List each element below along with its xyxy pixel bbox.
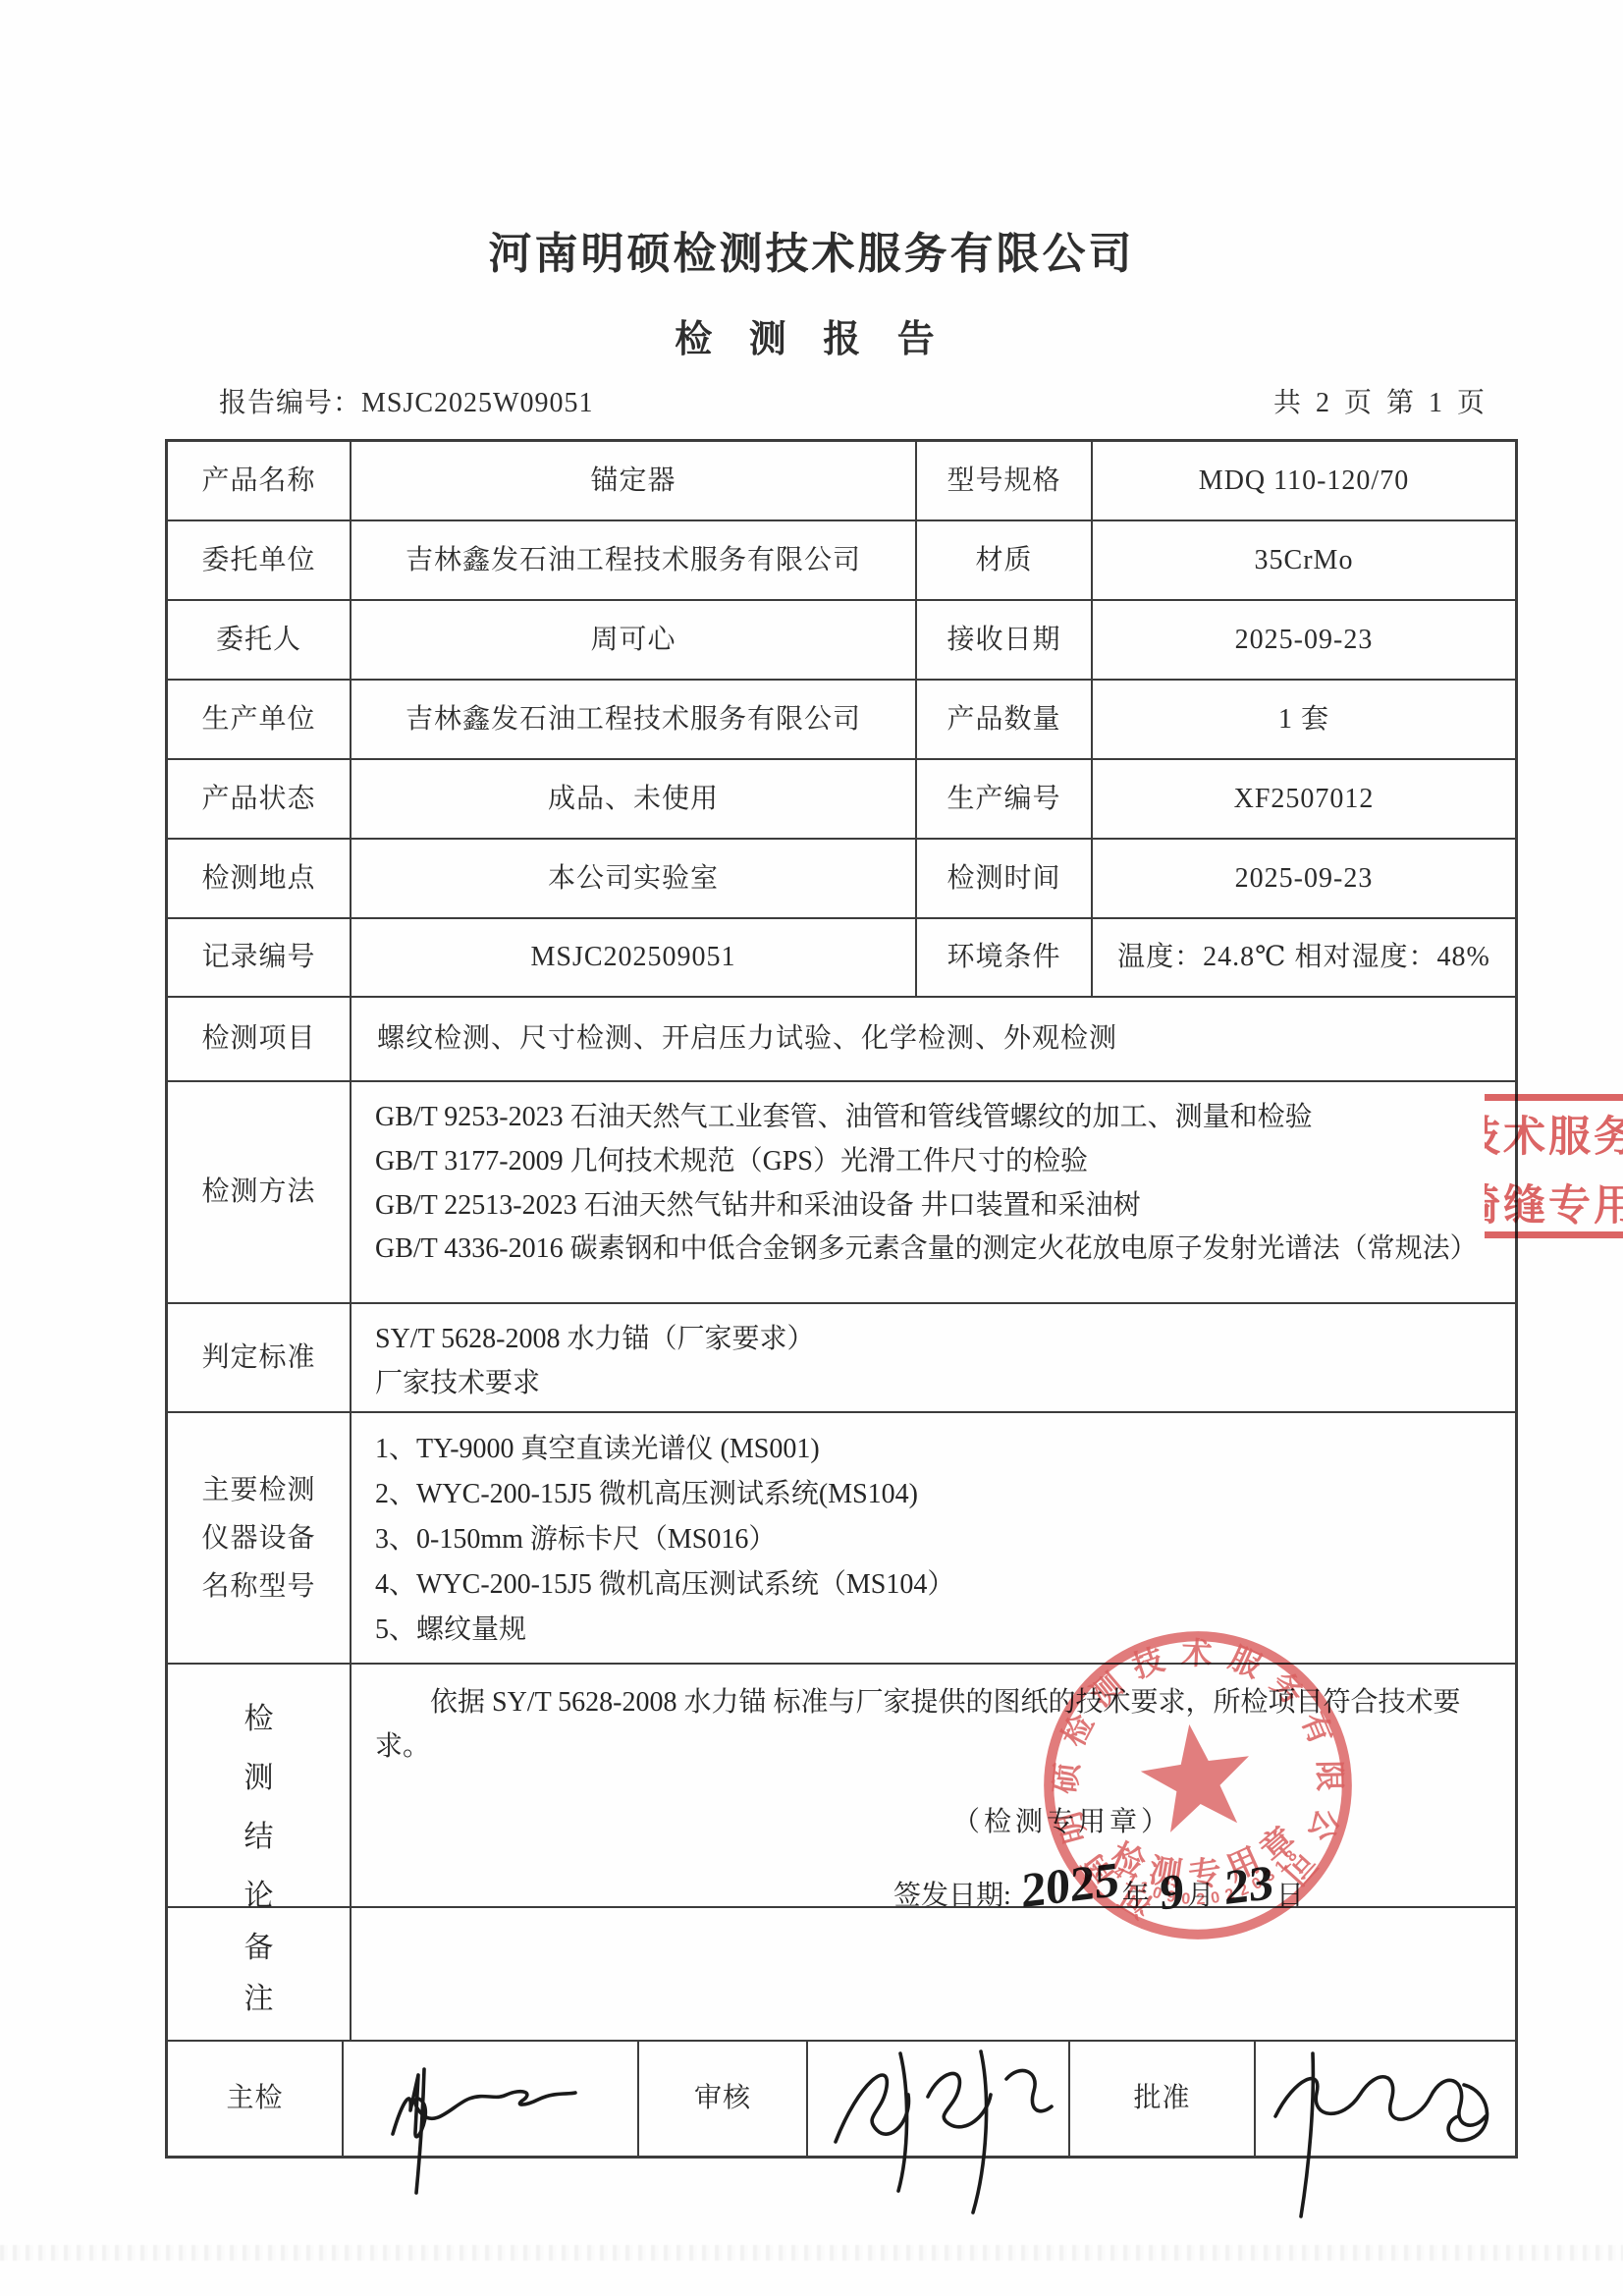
row-label: 主要检测 仪器设备 名称型号 (168, 1413, 352, 1663)
method-line: GB/T 3177-2009 几何技术规范（GPS）光滑工件尺寸的检验 (375, 1140, 1489, 1184)
edge-seal-top-bar (1485, 1094, 1623, 1101)
equipment-line: 4、WYC-200-15J5 微机高压测试系统（MS104） (375, 1562, 1489, 1608)
criteria-list: SY/T 5628-2008 水力锚（厂家要求） 厂家技术要求 (352, 1304, 1515, 1411)
year-suffix: 年 (1122, 1881, 1150, 1911)
chief-inspector-label: 主检 (168, 2042, 344, 2156)
row-label: 产品数量 (917, 681, 1093, 758)
edge-paging-seal: 技术服务 骑缝专用 (1485, 1086, 1623, 1248)
scan-noise-band (0, 2245, 1623, 2261)
equipment-label-line: 名称型号 (201, 1562, 315, 1611)
reviewer-signature (818, 2026, 1063, 2222)
chief-inspector-signature-cell (344, 2042, 639, 2156)
remark-label-char: 备 (244, 1923, 274, 1974)
row-label: 记录编号 (168, 919, 352, 996)
method-line: GB/T 22513-2023 石油天然气钻井和采油设备 井口装置和采油树 (375, 1184, 1489, 1229)
items-value: 螺纹检测、尺寸检测、开启压力试验、化学检测、外观检测 (352, 998, 1515, 1080)
row-value: 周可心 (352, 601, 917, 679)
approver-signature-cell (1256, 2042, 1515, 2156)
row-label: 判定标准 (168, 1304, 352, 1411)
row-value: 1 套 (1093, 681, 1515, 758)
row-label: 环境条件 (917, 919, 1093, 996)
equipment-list: 1、TY-9000 真空直读光谱仪 (MS001) 2、WYC-200-15J5… (352, 1413, 1515, 1663)
row-label: 检测项目 (168, 998, 352, 1080)
row-label: 检测时间 (917, 840, 1093, 917)
row-value: MSJC202509051 (352, 919, 917, 996)
table-row-signatures: 主检 审核 批准 (168, 2042, 1515, 2156)
row-value: 温度：24.8℃ 相对湿度：48% (1093, 919, 1515, 996)
row-label: 生产编号 (917, 760, 1093, 838)
row-label: 型号规格 (917, 442, 1093, 519)
edge-seal-line1: 技术服务 (1485, 1104, 1623, 1164)
row-label: 产品状态 (168, 760, 352, 838)
conclusion-label-char: 测 (244, 1749, 274, 1808)
table-row: 产品状态 成品、未使用 生产编号 XF2507012 (168, 760, 1515, 840)
table-row: 记录编号 MSJC202509051 环境条件 温度：24.8℃ 相对湿度：48… (168, 919, 1515, 998)
equipment-label-line: 仪器设备 (201, 1514, 315, 1562)
row-label: 检测方法 (168, 1082, 352, 1302)
conclusion-label: 检 测 结 论 (168, 1665, 352, 1906)
table-row-methods: 检测方法 GB/T 9253-2023 石油天然气工业套管、油管和管线管螺纹的加… (168, 1082, 1515, 1304)
equipment-label-line: 主要检测 (201, 1466, 315, 1514)
row-label: 接收日期 (917, 601, 1093, 679)
approver-label: 批准 (1070, 2042, 1256, 2156)
row-label: 材质 (917, 521, 1093, 599)
equipment-line: 5、螺纹量规 (375, 1608, 1489, 1653)
edge-seal-bottom-bar (1485, 1231, 1623, 1238)
table-row-items: 检测项目 螺纹检测、尺寸检测、开启压力试验、化学检测、外观检测 (168, 998, 1515, 1082)
table-row: 产品名称 锚定器 型号规格 MDQ 110-120/70 (168, 442, 1515, 521)
reviewer-label: 审核 (639, 2042, 808, 2156)
method-line: GB/T 9253-2023 石油天然气工业套管、油管和管线管螺纹的加工、测量和… (375, 1096, 1489, 1140)
row-label: 委托人 (168, 601, 352, 679)
table-row: 生产单位 吉林鑫发石油工程技术服务有限公司 产品数量 1 套 (168, 681, 1515, 760)
seal-note: （检测专用章） (952, 1800, 1172, 1839)
row-label: 产品名称 (168, 442, 352, 519)
table-row: 委托人 周可心 接收日期 2025-09-23 (168, 601, 1515, 681)
row-value: 35CrMo (1093, 521, 1515, 599)
conclusion-label-char: 结 (244, 1808, 274, 1867)
equipment-line: 1、TY-9000 真空直读光谱仪 (MS001) (375, 1427, 1489, 1472)
report-page: 河南明硕检测技术服务有限公司 检 测 报 告 报告编号：MSJC2025W090… (0, 0, 1623, 2296)
equipment-line: 2、WYC-200-15J5 微机高压测试系统(MS104) (375, 1472, 1489, 1517)
row-value: 2025-09-23 (1093, 840, 1515, 917)
methods-list: GB/T 9253-2023 石油天然气工业套管、油管和管线管螺纹的加工、测量和… (352, 1082, 1515, 1302)
criteria-line: 厂家技术要求 (375, 1362, 1489, 1406)
company-title: 河南明硕检测技术服务有限公司 (0, 218, 1623, 281)
conclusion-label-char: 检 (244, 1690, 274, 1749)
sign-date-label: 签发日期: (893, 1881, 1011, 1911)
month-suffix: 月 (1187, 1881, 1215, 1911)
row-value: 吉林鑫发石油工程技术服务有限公司 (352, 521, 917, 599)
conclusion-body: 依据 SY/T 5628-2008 水力锚 标准与厂家提供的图纸的技术要求，所检… (352, 1665, 1515, 1906)
row-value: 吉林鑫发石油工程技术服务有限公司 (352, 681, 917, 758)
conclusion-text: 依据 SY/T 5628-2008 水力锚 标准与厂家提供的图纸的技术要求，所检… (352, 1665, 1515, 1770)
method-line: GB/T 4336-2016 碳素钢和中低合金钢多元素含量的测定火花放电原子发射… (375, 1228, 1489, 1272)
remark-body (352, 1908, 1515, 2040)
table-row: 检测地点 本公司实验室 检测时间 2025-09-23 (168, 840, 1515, 919)
report-number: 报告编号：MSJC2025W09051 (165, 381, 593, 420)
reviewer-signature-cell (808, 2042, 1070, 2156)
row-value: MDQ 110-120/70 (1093, 442, 1515, 519)
row-value: XF2507012 (1093, 760, 1515, 838)
row-label: 委托单位 (168, 521, 352, 599)
approver-signature (1262, 2024, 1507, 2230)
report-number-label: 报告编号： (219, 388, 361, 418)
table-row-criteria: 判定标准 SY/T 5628-2008 水力锚（厂家要求） 厂家技术要求 (168, 1304, 1515, 1413)
row-value: 本公司实验室 (352, 840, 917, 917)
row-label: 生产单位 (168, 681, 352, 758)
criteria-line: SY/T 5628-2008 水力锚（厂家要求） (375, 1318, 1489, 1362)
page-info: 共 2 页 第 1 页 (1273, 381, 1518, 420)
row-label: 检测地点 (168, 840, 352, 917)
report-table: 产品名称 锚定器 型号规格 MDQ 110-120/70 委托单位 吉林鑫发石油… (165, 439, 1518, 2159)
table-row-remark: 备 注 (168, 1908, 1515, 2042)
row-value: 成品、未使用 (352, 760, 917, 838)
row-value: 锚定器 (352, 442, 917, 519)
table-row: 委托单位 吉林鑫发石油工程技术服务有限公司 材质 35CrMo (168, 521, 1515, 601)
row-value: 2025-09-23 (1093, 601, 1515, 679)
document-title: 检 测 报 告 (0, 308, 1623, 362)
day-suffix: 日 (1276, 1881, 1304, 1911)
remark-label-char: 注 (244, 1974, 274, 2025)
table-row-conclusion: 检 测 结 论 依据 SY/T 5628-2008 水力锚 标准与厂家提供的图纸… (168, 1665, 1515, 1908)
chief-inspector-signature (371, 2044, 607, 2201)
remark-label: 备 注 (168, 1908, 352, 2040)
table-row-equipment: 主要检测 仪器设备 名称型号 1、TY-9000 真空直读光谱仪 (MS001)… (168, 1413, 1515, 1665)
report-number-value: MSJC2025W09051 (361, 388, 593, 418)
equipment-line: 3、0-150mm 游标卡尺（MS016） (375, 1517, 1489, 1562)
report-meta-line: 报告编号：MSJC2025W09051 共 2 页 第 1 页 (165, 381, 1518, 420)
edge-seal-line2: 骑缝专用 (1485, 1173, 1623, 1232)
handwritten-day: 23 (1224, 1853, 1273, 1917)
